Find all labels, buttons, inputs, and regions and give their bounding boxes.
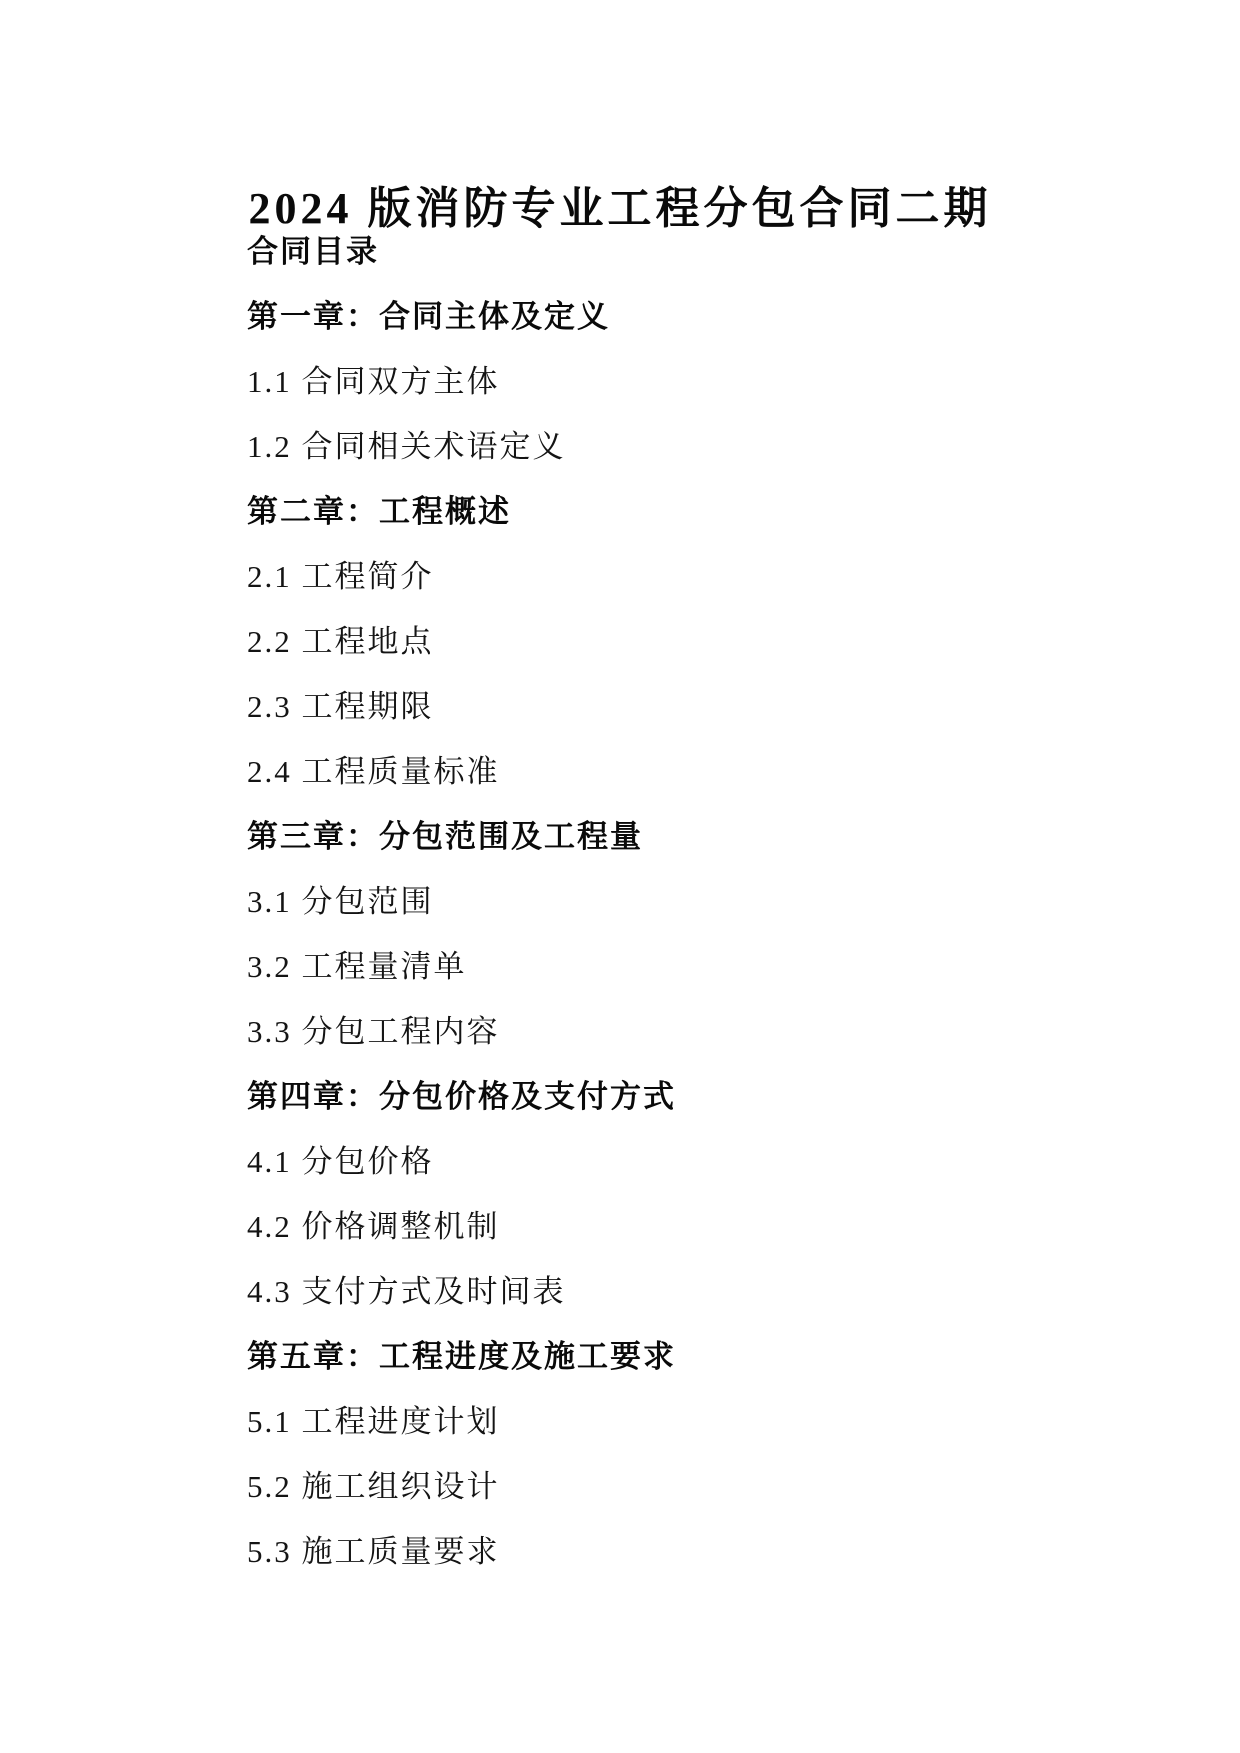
toc-item-2-4: 2.4 工程质量标准 xyxy=(247,739,993,804)
toc-chapter-5: 第五章：工程进度及施工要求 xyxy=(247,1324,993,1389)
toc-item-1-1: 1.1 合同双方主体 xyxy=(247,349,993,414)
toc-item-3-2: 3.2 工程量清单 xyxy=(247,934,993,999)
toc-item-4-3: 4.3 支付方式及时间表 xyxy=(247,1259,993,1324)
toc-item-2-3: 2.3 工程期限 xyxy=(247,674,993,739)
toc-item-2-2: 2.2 工程地点 xyxy=(247,609,993,674)
toc-item-1-2: 1.2 合同相关术语定义 xyxy=(247,414,993,479)
toc-item-3-3: 3.3 分包工程内容 xyxy=(247,999,993,1064)
toc-item-2-1: 2.1 工程简介 xyxy=(247,544,993,609)
table-of-contents: 合同目录 第一章：合同主体及定义 1.1 合同双方主体 1.2 合同相关术语定义… xyxy=(247,219,993,1584)
toc-heading: 合同目录 xyxy=(247,219,993,284)
toc-item-5-3: 5.3 施工质量要求 xyxy=(247,1519,993,1584)
toc-chapter-2: 第二章：工程概述 xyxy=(247,479,993,544)
toc-chapter-1: 第一章：合同主体及定义 xyxy=(247,284,993,349)
toc-chapter-3: 第三章：分包范围及工程量 xyxy=(247,804,993,869)
toc-item-5-2: 5.2 施工组织设计 xyxy=(247,1454,993,1519)
toc-chapter-4: 第四章：分包价格及支付方式 xyxy=(247,1064,993,1129)
toc-item-4-1: 4.1 分包价格 xyxy=(247,1129,993,1194)
toc-item-4-2: 4.2 价格调整机制 xyxy=(247,1194,993,1259)
toc-item-3-1: 3.1 分包范围 xyxy=(247,869,993,934)
toc-item-5-1: 5.1 工程进度计划 xyxy=(247,1389,993,1454)
document-page: 2024 版消防专业工程分包合同二期 合同目录 第一章：合同主体及定义 1.1 … xyxy=(0,0,1240,1753)
